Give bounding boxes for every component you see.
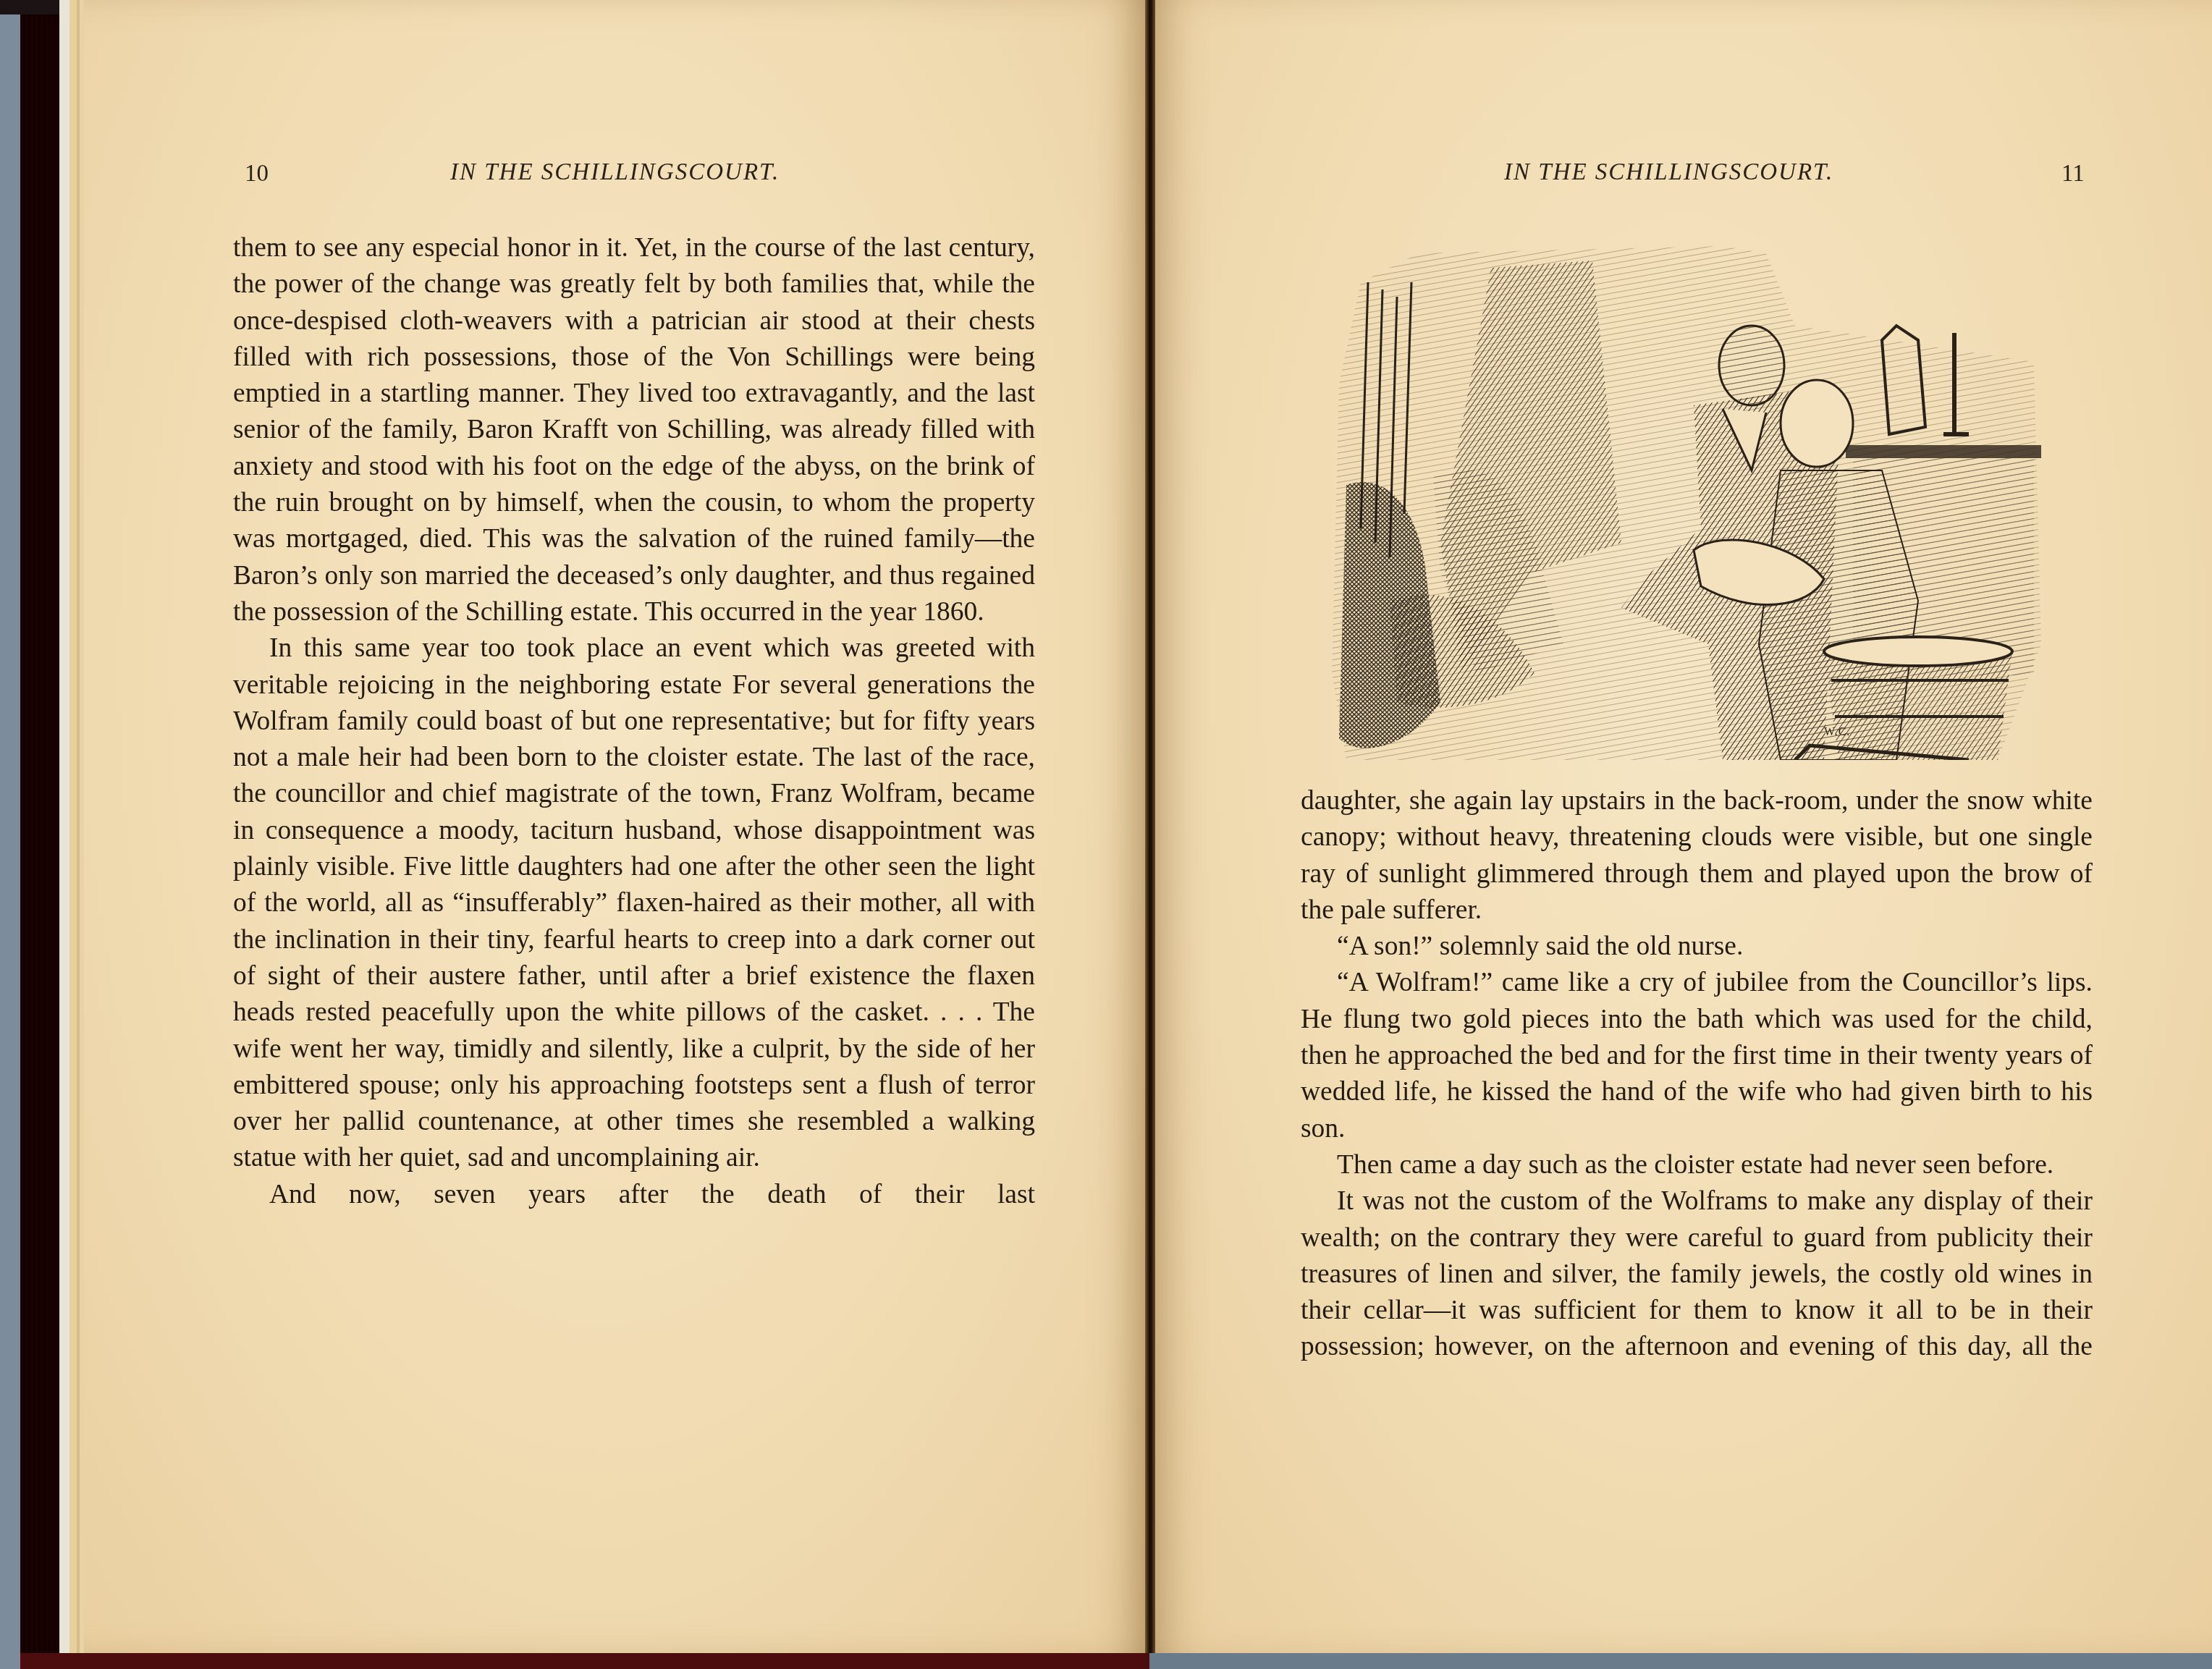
- running-head-left: IN THE SCHILLINGSCOURT.: [450, 159, 780, 186]
- page-stack-edge: [59, 0, 84, 1653]
- engraving-illustration: [1317, 239, 2045, 760]
- running-head-right: IN THE SCHILLINGSCOURT.: [1504, 159, 1833, 186]
- paragraph: Then came a day such as the cloister est…: [1301, 1147, 2093, 1183]
- page-number-right: 11: [2061, 161, 2085, 187]
- book-cover-bottom: [20, 1653, 1149, 1669]
- paragraph: them to see any especial honor in it. Ye…: [233, 230, 1035, 630]
- paragraph: “A Wolfram!” came like a cry of jubilee …: [1301, 965, 2093, 1146]
- book-cover-edge: [20, 0, 62, 1669]
- left-page-text: them to see any especial honor in it. Ye…: [233, 230, 1035, 1213]
- illustrator-signature: W.C.: [1824, 726, 1850, 739]
- paragraph: In this same year too took place an even…: [233, 630, 1035, 1176]
- page-number-left: 10: [245, 161, 269, 187]
- paragraph: And now, seven years after the death of …: [233, 1177, 1035, 1213]
- right-page-text: daughter, she again lay upstairs in the …: [1301, 783, 2093, 1366]
- book-gutter: [1145, 0, 1155, 1653]
- paragraph: “A son!” solemnly said the old nurse.: [1301, 929, 2093, 965]
- birth-scene-engraving-icon: [1317, 239, 2045, 760]
- paragraph: daughter, she again lay upstairs in the …: [1301, 783, 2093, 929]
- paragraph: It was not the custom of the Wolframs to…: [1301, 1183, 2093, 1365]
